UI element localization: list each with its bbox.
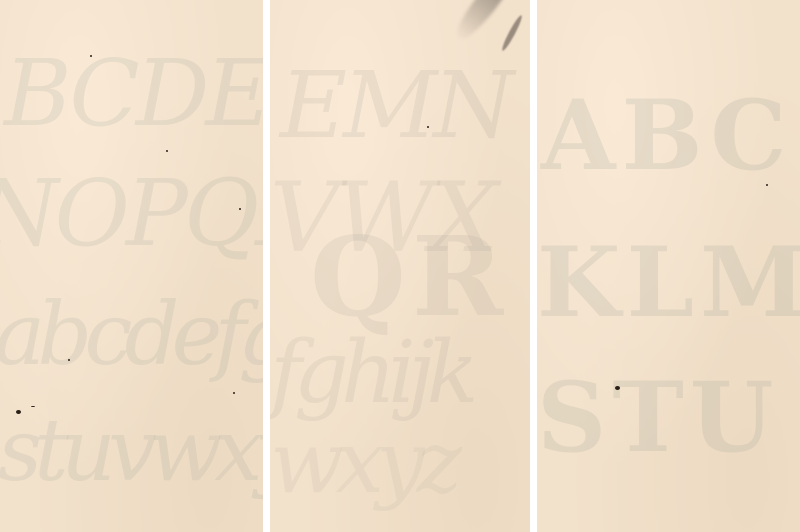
ink-speck: [239, 208, 241, 210]
ink-speck: [16, 410, 21, 414]
ink-speck: [233, 392, 235, 394]
paper-panel-left: BCDE NOPQR abcdefg stuvwxyz: [0, 0, 263, 532]
ink-speck: [766, 184, 768, 186]
faint-letters-row: STU: [537, 370, 779, 466]
ink-speck: [615, 386, 620, 390]
faint-letters-row: QR: [310, 222, 509, 332]
faint-letters-row: ABC: [541, 88, 793, 184]
ink-speck: [31, 406, 35, 407]
dark-smudge-streak: [500, 14, 524, 52]
paper-panel-middle: EMN VWX QR fghijk wxyz: [270, 0, 530, 532]
paper-panel-right: ABC KLM STU: [537, 0, 800, 532]
faint-letters-row: fghijk: [270, 330, 471, 416]
faint-letters-row: wxyz: [270, 420, 454, 506]
faint-letters-row: BCDE: [4, 48, 263, 140]
ink-speck: [68, 359, 70, 361]
faint-letters-row: stuvwxyz: [0, 408, 263, 494]
ink-speck: [166, 150, 168, 152]
faint-letters-row: abcdefg: [0, 292, 263, 378]
ink-speck: [427, 126, 429, 128]
ink-speck: [90, 55, 92, 57]
faint-letters-row: EMN: [280, 60, 510, 152]
faint-letters-row: KLM: [537, 235, 800, 331]
faint-letters-row: NOPQR: [0, 168, 263, 260]
